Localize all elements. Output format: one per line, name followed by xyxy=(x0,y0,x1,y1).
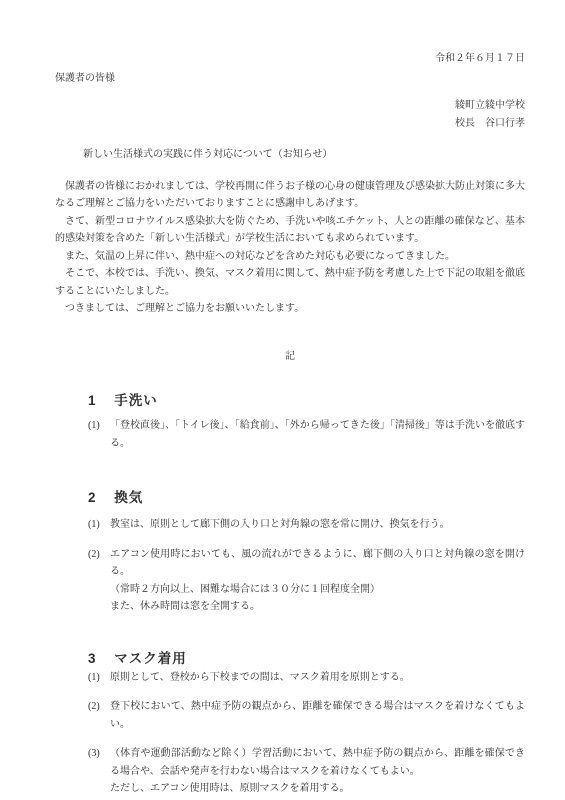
item-label: (3) xyxy=(88,745,110,763)
sender-school: 綾町立綾中学校 xyxy=(55,97,525,115)
list-item: (1) 「登校直後」、「トイレ後」、「給食前」、「外から帰ってきた後」「清掃後」… xyxy=(88,417,525,452)
item-line: エアコン使用時においても、風の流れができるように、廊下側の入り口と対角線の窓を開… xyxy=(110,546,525,581)
section-number: 3 xyxy=(88,651,96,666)
list-item: (1) 原則として、登校から下校までの間は、マスク着用を原則とする。 xyxy=(88,669,525,687)
list-item: (3) （体育や運動部活動など除く）学習活動において、熱中症予防の観点から、距離… xyxy=(88,745,525,798)
sender-principal: 校長 谷口行孝 xyxy=(55,115,525,133)
item-line: 教室は、原則として廊下側の入り口と対角線の窓を常に開け、換気を行う。 xyxy=(110,516,525,534)
list-item: (1) 教室は、原則として廊下側の入り口と対角線の窓を常に開け、換気を行う。 xyxy=(88,516,525,534)
paragraph: さて、新型コロナウイルス感染拡大を防ぐため、手洗いや咳エチケット、人との距離の確… xyxy=(55,213,525,248)
item-text: （体育や運動部活動など除く）学習活動において、熱中症予防の観点から、距離を確保で… xyxy=(110,745,525,798)
item-label: (2) xyxy=(88,546,110,564)
document-title: 新しい生活様式の実践に伴う対応について（お知らせ） xyxy=(83,146,525,164)
section-ventilation: 2 換気 (1) 教室は、原則として廊下側の入り口と対角線の窓を常に開け、換気を… xyxy=(55,488,525,616)
paragraph: また、気温の上昇に伴い、熱中症への対応などを含めた対応も必要になってきました。 xyxy=(55,248,525,266)
item-line: （常時２方向以上、困難な場合には３０分に１回程度全開） xyxy=(110,581,525,599)
item-label: (1) xyxy=(88,669,110,687)
list-item: (2) 登下校において、熱中症予防の観点から、距離を確保できる場合はマスクを着け… xyxy=(88,698,525,733)
item-text: 「登校直後」、「トイレ後」、「給食前」、「外から帰ってきた後」「清掃後」等は手洗… xyxy=(110,417,525,452)
item-line: 原則として、登校から下校までの間は、マスク着用を原則とする。 xyxy=(110,669,525,687)
item-label: (2) xyxy=(88,698,110,716)
list-item: (2) エアコン使用時においても、風の流れができるように、廊下側の入り口と対角線… xyxy=(88,546,525,616)
body-paragraphs: 保護者の皆様におかれましては、学校再開に伴うお子様の心身の健康管理及び感染拡大防… xyxy=(55,178,525,318)
paragraph: そこで、本校では、手洗い、換気、マスク着用に関して、熱中症予防を考慮した上で下記… xyxy=(55,265,525,300)
item-label: (1) xyxy=(88,417,110,435)
paragraph: 保護者の皆様におかれましては、学校再開に伴うお子様の心身の健康管理及び感染拡大防… xyxy=(55,178,525,213)
section-handwashing: 1 手洗い (1) 「登校直後」、「トイレ後」、「給食前」、「外から帰ってきた後… xyxy=(55,391,525,452)
record-marker: 記 xyxy=(55,348,525,366)
section-title: 換気 xyxy=(114,490,143,505)
item-label: (1) xyxy=(88,516,110,534)
section-heading: 3 マスク着用 xyxy=(88,649,525,669)
section-heading: 1 手洗い xyxy=(88,391,525,411)
section-number: 1 xyxy=(88,393,96,408)
item-line: 登下校において、熱中症予防の観点から、距離を確保できる場合はマスクを着けなくても… xyxy=(110,698,525,733)
item-text: エアコン使用時においても、風の流れができるように、廊下側の入り口と対角線の窓を開… xyxy=(110,546,525,616)
item-text: 教室は、原則として廊下側の入り口と対角線の窓を常に開け、換気を行う。 xyxy=(110,516,525,534)
section-mask: 3 マスク着用 (1) 原則として、登校から下校までの間は、マスク着用を原則とす… xyxy=(55,649,525,798)
document-page: 令和２年６月１７日 保護者の皆様 綾町立綾中学校 校長 谷口行孝 新しい生活様式… xyxy=(0,0,565,800)
item-line: （体育や運動部活動など除く）学習活動において、熱中症予防の観点から、距離を確保で… xyxy=(110,745,525,780)
section-heading: 2 換気 xyxy=(88,488,525,508)
paragraph: つきましては、ご理解とご協力をお願いいたします。 xyxy=(55,300,525,318)
document-date: 令和２年６月１７日 xyxy=(55,50,525,68)
item-text: 原則として、登校から下校までの間は、マスク着用を原則とする。 xyxy=(110,669,525,687)
sender-block: 綾町立綾中学校 校長 谷口行孝 xyxy=(55,97,525,132)
item-line: また、休み時間は窓を全開する。 xyxy=(110,598,525,616)
section-title: 手洗い xyxy=(114,393,158,408)
recipient-line: 保護者の皆様 xyxy=(55,70,525,88)
item-line: ただし、エアコン使用時は、原則マスクを着用する。 xyxy=(110,780,525,798)
section-number: 2 xyxy=(88,490,96,505)
section-title: マスク着用 xyxy=(114,651,187,666)
item-line: 「登校直後」、「トイレ後」、「給食前」、「外から帰ってきた後」「清掃後」等は手洗… xyxy=(110,417,525,452)
item-text: 登下校において、熱中症予防の観点から、距離を確保できる場合はマスクを着けなくても… xyxy=(110,698,525,733)
